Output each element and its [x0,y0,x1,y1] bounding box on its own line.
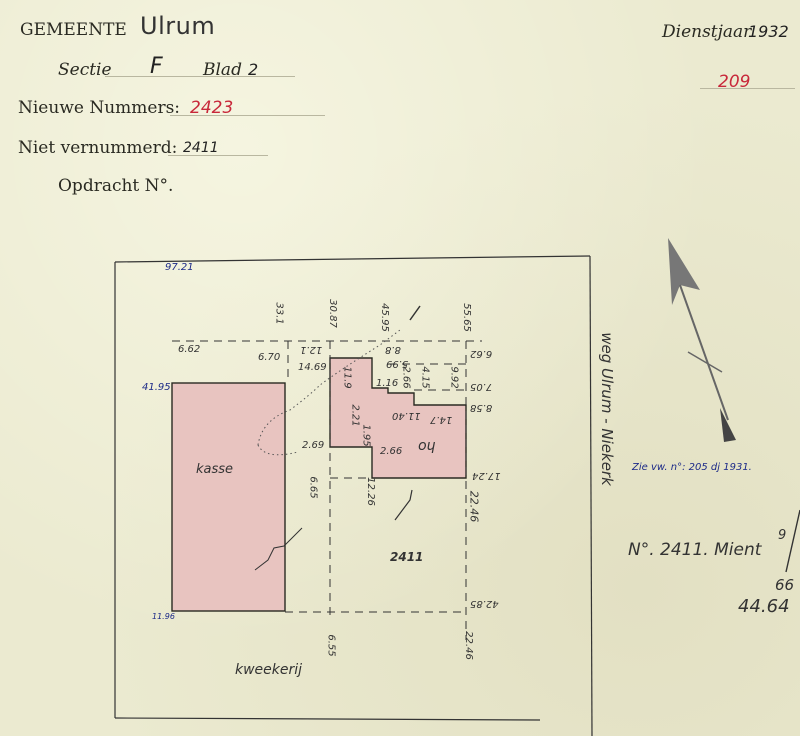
label-road: weg Ulrum - Niekerk [598,332,616,486]
label-1-95: 1.95 [361,424,372,446]
label-2-21: 2.21 [350,404,361,426]
fraction-numerator: 9 [778,528,786,543]
label-2-66b: 2.66 [380,446,402,457]
label-4-15: 4.15 [420,366,431,388]
label-6-62b: 6.62 [470,348,492,359]
note-2411-mient: N°. 2411. Mient [628,540,761,560]
fraction-denominator: 66 [775,576,794,594]
kasse-parcel [172,383,285,611]
blue-reference-note: Zie vw. n°: 205 dj 1931. [632,462,752,473]
label-14-69: 14.69 [298,362,327,373]
label-6-55: 6.55 [326,634,337,656]
label-11-9: 11.9 [342,366,353,388]
label-1-16: 1.16 [376,378,398,389]
label-45-95: 45.95 [379,303,390,332]
label-kasse: kasse [196,462,233,477]
label-2-69: 2.69 [302,440,324,451]
label-8-58: 8.58 [470,402,492,413]
label-8-8: 8.8 [385,344,401,355]
label-2-66a: 2.66 [401,366,412,388]
label-6-70: 6.70 [258,352,280,363]
label-6-65: 6.65 [308,476,319,498]
label-6-62: 6.62 [178,344,200,355]
label-42-85: 42.85 [470,598,499,609]
label-22-46a: 22.46 [467,491,480,523]
label-11-40: 11.40 [392,410,421,421]
label-12-26: 12.26 [365,477,376,506]
label-14-7: 14.7 [430,414,452,425]
label-33-1: 33.1 [274,302,285,324]
label-22-46b: 22.46 [463,631,474,660]
label-7-05: 7.05 [470,381,492,392]
label-12-1: 12.1 [300,344,322,355]
label-17-24: 17.24 [472,470,501,481]
label-9-92: 9.92 [449,366,460,388]
label-55-65: 55.65 [461,303,472,332]
label-30-87: 30.87 [327,299,338,328]
label-41-95: 41.95 [142,382,171,393]
label-kwekerij: kweekerij [235,662,302,678]
label-11-96: 11.96 [152,612,175,621]
label-ho: ho [418,438,435,454]
north-arrow-icon [668,238,736,442]
label-97-21: 97.21 [165,262,194,273]
area-value: 44.64 [738,596,790,617]
label-parcel-2411: 2411 [390,550,423,564]
